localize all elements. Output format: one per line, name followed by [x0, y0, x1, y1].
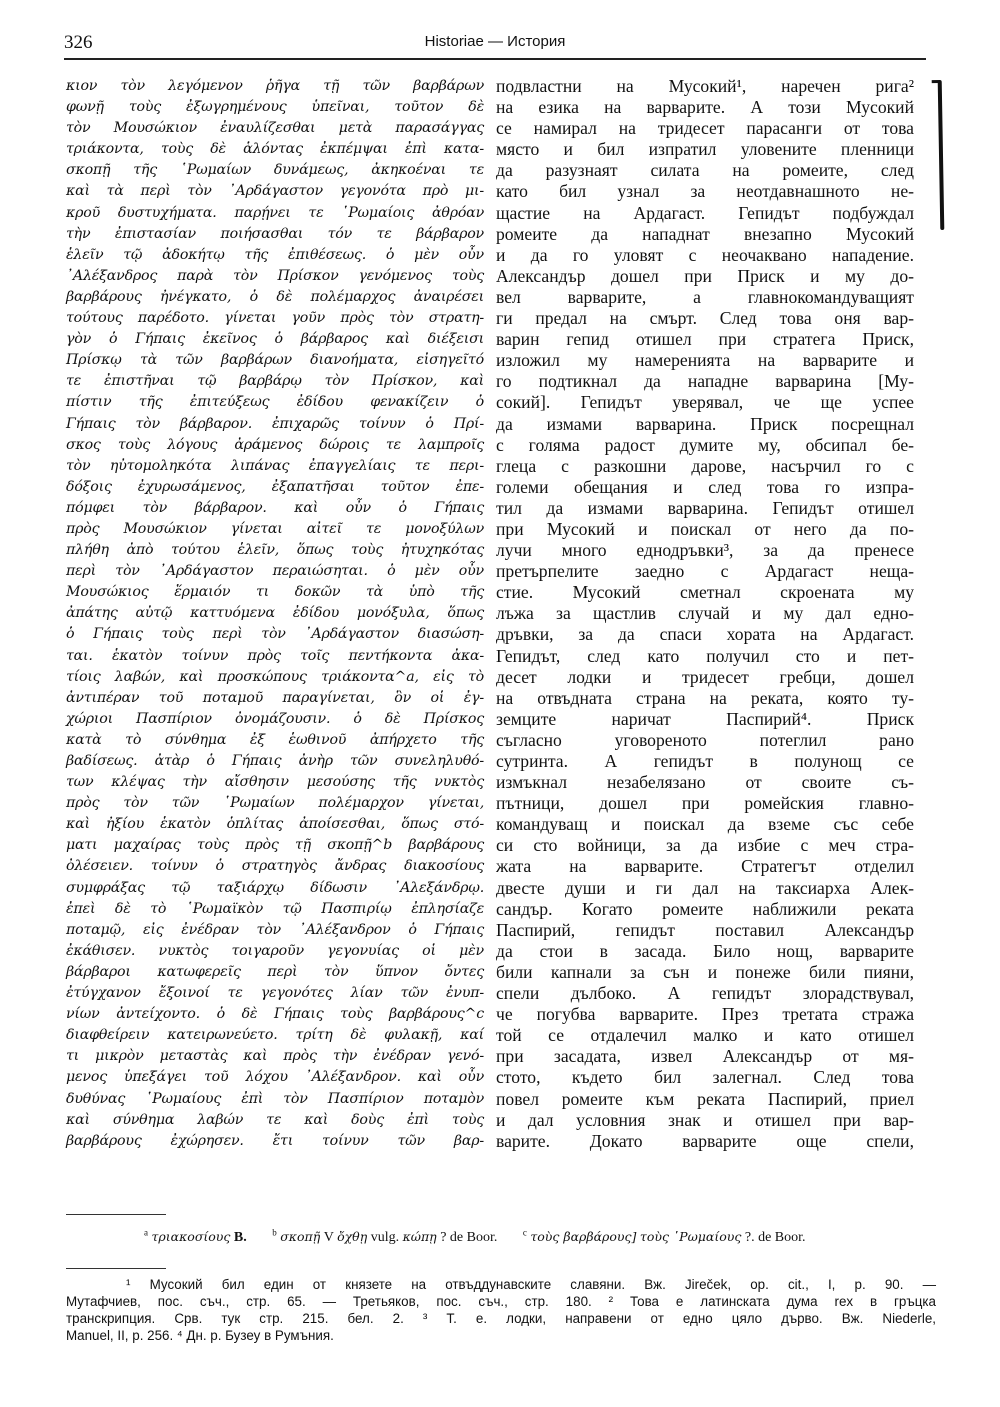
text-line: Πρίσκῳ τὰ τῶν βαρβάρων διανοήματα, εἰσηγ…: [66, 350, 484, 371]
text-line: варин гепид отишел при стратега Приск,: [496, 329, 914, 350]
critical-apparatus: a τριακοσίους B. b σκοπῇ V ὄχθῃ vulg. κώ…: [66, 1222, 936, 1248]
text-line: ποταμῷ, εἰς ἐνέδραν τὸν ᾿Αλέξανδρον ὁ Γή…: [66, 920, 484, 941]
text-line: стие. Мусокий сметнал скроената му: [496, 582, 914, 603]
apparatus-entry-c: c τοὺς βαρβάρους] τοὺς ῾Ρωμαίους ?. de B…: [523, 1230, 806, 1245]
text-line: да измами варварина. Приск посрещнал: [496, 414, 914, 435]
text-line: да разузнаят силата на ромеите, след: [496, 160, 914, 181]
text-line: ἐπεὶ δὲ τὸ ῾Ρωμαϊκὸν τῷ Πασπιρίῳ ἐπλησία…: [66, 899, 484, 920]
text-line: Μουσώκιος ἕρμαιόν τι δοκῶν τὰ ὑπὸ τῆς: [66, 582, 484, 603]
text-line: πρὸς Μουσώκιον γίνεται αἰτεῖ τε μονοξύλω…: [66, 519, 484, 540]
text-line: глеца с разкошни дарове, насърчил го с: [496, 456, 914, 477]
text-line: Паспирий, гепидът поставил Александър: [496, 920, 914, 941]
margin-bracket-mark: [938, 80, 945, 230]
text-line: βαρβάρους ἠνέγκατο, ὁ δὲ πολέμαρχος ἀναι…: [66, 287, 484, 308]
text-line: и да го уловят с неочаквано нападение.: [496, 245, 914, 266]
text-line: βάρβαροι κατωφερεῖς περὶ τὸν ὕπνον ὄντες: [66, 962, 484, 983]
text-line: ἑλεῖν τῷ ἀδοκήτῳ τῆς ἐπιθέσεως. ὁ μὲν οὖ…: [66, 245, 484, 266]
text-line: Гепидът, след като получил сто и пет-: [496, 646, 914, 667]
text-line: καὶ τὰ περὶ τὸν ᾿Αρδάγαστον γεγονότα πρὸ…: [66, 181, 484, 202]
footnote-rule: [66, 1268, 166, 1269]
text-line: командуващ и поискал да вземе със себе: [496, 814, 914, 835]
footnote-line: ¹ Мусокий бил един от князете на отвъдду…: [66, 1276, 936, 1293]
text-line: τριάκοντα, τοὺς δὲ ἁλόντας ἐκπέμψαι ἐπὶ …: [66, 139, 484, 160]
text-line: при засадата, извел Александър от мя-: [496, 1046, 914, 1067]
text-line: ромеите да нападнат внезапно Мусокий: [496, 224, 914, 245]
text-line: σκοπῇ τῆς ῾Ρωμαίων δυνάμεως, ἀκηκοέναι τ…: [66, 160, 484, 181]
text-line: συμφράξας τῷ ταξιάρχῳ δίδωσιν ᾿Αλεξάνδρῳ…: [66, 878, 484, 899]
text-line: νίων ἀντείχοντο. ὁ δὲ Γήπαις τοὺς βαρβάρ…: [66, 1004, 484, 1025]
text-line: τε ἐπιστῆναι τῷ βαρβάρῳ τὸν Πρίσκον, καὶ: [66, 371, 484, 392]
text-line: χώριοι Πασπίριον ὀνομάζουσιν. ὁ δὲ Πρίσκ…: [66, 709, 484, 730]
apparatus-entry-b: b σκοπῇ V ὄχθῃ vulg. κώπῃ ? de Boor.: [272, 1230, 501, 1245]
text-line: των κλέψας τὴν αἴσθησιν μεσούσης τῆς νυκ…: [66, 772, 484, 793]
text-line: μενος ὑπεξάγει τοῦ λόχου ᾿Αλέξανδρον. κα…: [66, 1067, 484, 1088]
text-line: ἐτύγχανον ἔξοινοί τε γεγονότες λίαν τῶν …: [66, 983, 484, 1004]
text-line: били капнали за сън и понеже били пияни,: [496, 962, 914, 983]
text-line: варите. Докато варварите още спели,: [496, 1131, 914, 1152]
text-line: πλήθη ἀπὸ τούτου ἑλεῖν, ὅπως τοὺς ἠτυχηκ…: [66, 540, 484, 561]
text-line: стото, където бил залегнал. След това: [496, 1067, 914, 1088]
text-line: ματι μαχαίρας τοὺς πρὸς τῇ σκοπῇ^b βαρβά…: [66, 835, 484, 856]
text-line: той се отдалечил малко и като отишел: [496, 1025, 914, 1046]
text-line: τι μικρὸν μεταστὰς καὶ πρὸς τὴν ἐνέδραν …: [66, 1046, 484, 1067]
text-line: τὴν ἐπιστασίαν ποιήσασθαι τόν τε βάρβαρο…: [66, 224, 484, 245]
text-line: десет лодки и тридесет гребци, дошел: [496, 667, 914, 688]
text-line: пътници, дошел при ромейския главно-: [496, 793, 914, 814]
text-line: като бил узнал за неотдавнашното не-: [496, 181, 914, 202]
text-line: щастие на Ардагаст. Гепидът подбуждал: [496, 203, 914, 224]
text-line: сутринта. А гепидът в полунощ се: [496, 751, 914, 772]
text-line: вел варварите, а главнокомандуващият: [496, 287, 914, 308]
text-line: καὶ σύνθημα λαβών τε καὶ δοὺς ἐπὶ τοὺς: [66, 1110, 484, 1131]
text-line: съгласно уговореното потеглил рано: [496, 730, 914, 751]
text-line: πίστιν τῆς ἐπιτεύξεως ἐδίδου φενακίζειν …: [66, 392, 484, 413]
text-line: πόμφει τὸν βάρβαρον. καὶ οὖν ὁ Γήπαις: [66, 498, 484, 519]
text-line: претърпелите заедно с Ардагаст неща-: [496, 561, 914, 582]
text-line: πρὸς τὸν τῶν ῾Ρωμαίων πολέμαρχον γίνεται…: [66, 793, 484, 814]
text-line: δυθύνας ῾Ρωμαίους ἐπὶ τὸν Πασπίριον ποτα…: [66, 1089, 484, 1110]
text-line: подвластни на Мусокий¹, наречен рига²: [496, 76, 914, 97]
text-line: περὶ τὸν ᾿Αρδάγαστον περαιώσηται. ὁ μὲν …: [66, 561, 484, 582]
text-line: ᾿Αλέξανδρος παρὰ τὸν Πρίσκον γενόμενος τ…: [66, 266, 484, 287]
text-line: тил да измами варварина. Гепидът отишел: [496, 498, 914, 519]
header-rule: [64, 58, 926, 60]
text-line: διαφθείρειν κατειρωνεύετο. τρίτη δὲ φυλα…: [66, 1025, 484, 1046]
text-line: ὁ Γήπαις τοὺς περὶ τὸν ᾿Αρδάγαστον διασώ…: [66, 624, 484, 645]
text-line: ἀπάτης αὐτῷ καττυόμενα ἐδίδου μονόξυλα, …: [66, 603, 484, 624]
text-line: κατὰ τὸ σύνθημα ἐξ ἑωθινοῦ ἀπήρχετο τῆς: [66, 730, 484, 751]
text-line: βαρβάρους ἐχώρησεν. ἔτι τοίνυν τῶν βαρ-: [66, 1131, 484, 1152]
apparatus-entry-a: a τριακοσίους B.: [144, 1230, 250, 1245]
text-line: κροῦ δυστυχήματα. παρῄνει τε ῾Ρωμαίοις ἀ…: [66, 203, 484, 224]
text-line: и дал условния знак и отишел при вар-: [496, 1110, 914, 1131]
running-head: 326 Historiae — История: [64, 30, 926, 60]
book-page: 326 Historiae — История κιον τὸν λεγόμεν…: [0, 0, 1000, 1407]
text-line: жата на варварите. Стратегът отделил: [496, 856, 914, 877]
text-line: τούτους παρέδοτο. γίνεται γοῦν πρὸς τὸν …: [66, 308, 484, 329]
text-line: да стои в засада. Било нощ, варварите: [496, 941, 914, 962]
text-line: καὶ ἠξίου ἑκατὸν ὁπλίτας ἀποίσεσθαι, ὅπω…: [66, 814, 484, 835]
text-line: Γήπαις τὸν βάρβαρον. ἐπιχαρῶς τοίνυν ὁ Π…: [66, 414, 484, 435]
text-line: лучи много еднодръвки³, за да пренесе: [496, 540, 914, 561]
text-line: ἀντιπέραν τοῦ ποταμοῦ παραγίνεται, ὃν οἱ…: [66, 688, 484, 709]
text-line: при Мусокий и поискал от него да по-: [496, 519, 914, 540]
bulgarian-translation-column: подвластни на Мусокий¹, наречен рига²на …: [496, 76, 914, 1152]
text-line: измъкнал незабелязано от своите съ-: [496, 772, 914, 793]
text-line: κιον τὸν λεγόμενον ῥῆγα τῇ τῶν βαρβάρων: [66, 76, 484, 97]
greek-text-column: κιον τὸν λεγόμενον ῥῆγα τῇ τῶν βαρβάρωνφ…: [66, 76, 484, 1152]
text-line: лъжа за щастлив случай и му дал едно-: [496, 603, 914, 624]
text-line: че погубва варварите. През третата страж…: [496, 1004, 914, 1025]
text-line: с голяма радост думите му, обсипал бе-: [496, 435, 914, 456]
text-line: на отвъдната страна на реката, която ту-: [496, 688, 914, 709]
text-line: сандър. Когато ромеите наближили реката: [496, 899, 914, 920]
text-line: се намирал на тридесет парасанги от това: [496, 118, 914, 139]
text-line: σκος τοὺς λόγους ἀράμενος δώροις τε λαμπ…: [66, 435, 484, 456]
text-line: βαδίσεως. ἀτὰρ ὁ Γήπαις ἀνὴρ τῶν συνεληλ…: [66, 751, 484, 772]
text-line: ἐκάθισεν. νυκτὸς τοιγαροῦν γεγονυίας οἱ …: [66, 941, 484, 962]
text-line: място и бил изпратил уловените пленници: [496, 139, 914, 160]
running-title: Historiae — История: [64, 33, 926, 50]
text-line: Александър дошел при Приск и му до-: [496, 266, 914, 287]
text-line: τὸν ηὐτομοληκότα λιπάνας ἐπαγγελίαις τε …: [66, 456, 484, 477]
text-line: на езика на варварите. А този Мусокий: [496, 97, 914, 118]
text-line: изложил му намеренията на варварите и: [496, 350, 914, 371]
text-line: τίοις λαβών, καὶ προσκώπους τριάκοντα^a,…: [66, 667, 484, 688]
text-line: τὸν Μουσώκιον ἐναυλίζεσθαι μετὰ παρασάγγ…: [66, 118, 484, 139]
footnotes: ¹ Мусокий бил един от князете на отвъдду…: [66, 1276, 936, 1344]
text-line: земците наричат Паспирий⁴. Приск: [496, 709, 914, 730]
text-line: големи обещания и след това го изпра-: [496, 477, 914, 498]
footnote-line: транскрипция. Срв. тук стр. 215. бел. 2.…: [66, 1310, 936, 1327]
text-line: γὸν ὁ Γήπαις ἐκεῖνος ὁ βάρβαρος καὶ διέξ…: [66, 329, 484, 350]
text-line: ги предал на смърт. След това оня вар-: [496, 308, 914, 329]
apparatus-rule: [66, 1214, 166, 1215]
footnote-line: Manuel, II, p. 256. ⁴ Дн. р. Бузеу в Рум…: [66, 1327, 936, 1344]
footnote-line: Мутафчиев, пос. съч., стр. 65. — Третьяк…: [66, 1293, 936, 1310]
text-line: δόξοις ἐχυρωσάμενος, ἐξαπατῆσαι τοῦτον ἐ…: [66, 477, 484, 498]
text-line: повел ромеите към реката Паспирий, приел: [496, 1089, 914, 1110]
text-line: си сто войници, за да избие с меч стра-: [496, 835, 914, 856]
text-line: го подтикнал да нападне варварина [Му-: [496, 371, 914, 392]
text-line: φωνῇ τοὺς ἐξωγρημένους ὑπεῖναι, τοῦτον δ…: [66, 97, 484, 118]
text-line: двесте души и ги дал на таксиарха Алек-: [496, 878, 914, 899]
text-line: спели дълбоко. А гепидът злорадствувал,: [496, 983, 914, 1004]
text-line: ὀλέσειεν. τοίνυν ὁ στρατηγὸς ἄνδρας διακ…: [66, 856, 484, 877]
text-line: сокий]. Гепидът уверявал, че ще успее: [496, 392, 914, 413]
text-line: дръвки, за да спаси хората на Ардагаст.: [496, 624, 914, 645]
text-line: ται. ἑκατὸν τοίνυν πρὸς τοῖς πεντήκοντα …: [66, 646, 484, 667]
